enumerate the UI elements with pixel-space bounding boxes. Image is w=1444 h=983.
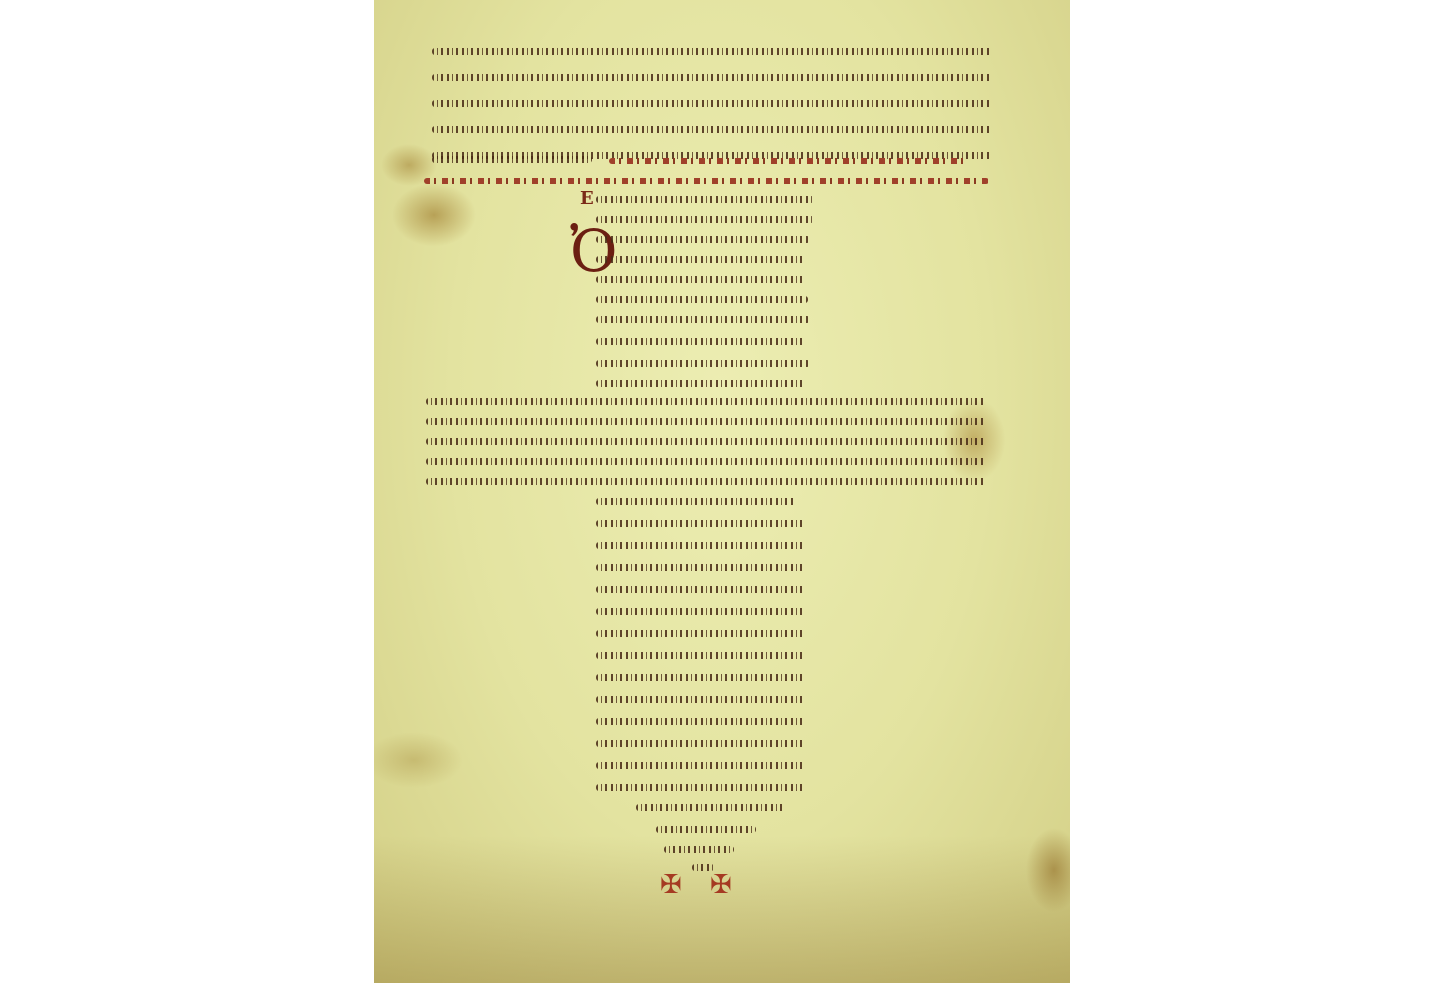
text-line [596, 312, 810, 326]
text-line [426, 414, 986, 428]
text-line [426, 434, 986, 448]
text-line [596, 376, 806, 390]
text-line [596, 626, 806, 640]
text-line [432, 70, 992, 84]
text-line [596, 736, 806, 750]
text-line [432, 122, 992, 136]
text-line [596, 692, 806, 706]
manuscript-page: Ε Ὀ ✠ ✠ [374, 0, 1070, 983]
text-line [596, 252, 806, 266]
ornamental-rule [424, 178, 989, 184]
text-line [636, 800, 786, 814]
text-line [596, 714, 806, 728]
text-line [596, 334, 806, 348]
text-line [596, 648, 806, 662]
text-line [432, 44, 992, 58]
text-line [596, 192, 814, 206]
text-line [656, 822, 756, 836]
text-line [596, 670, 806, 684]
text-line [596, 560, 806, 574]
text-line [596, 780, 806, 794]
text-line [596, 758, 806, 772]
text-line [426, 394, 986, 408]
text-line [596, 604, 806, 618]
text-line [596, 212, 814, 226]
end-ornament: ✠ ✠ [660, 870, 742, 900]
text-line [432, 152, 592, 166]
text-line [426, 474, 986, 488]
text-line [596, 232, 810, 246]
text-line [426, 454, 986, 468]
text-line [596, 272, 806, 286]
text-line [596, 516, 806, 530]
initial-letter: Ε [580, 188, 594, 209]
text-line [596, 356, 810, 370]
text-line [432, 96, 992, 110]
text-line [596, 292, 808, 306]
text-line [596, 582, 806, 596]
ornamental-rule [609, 158, 969, 164]
text-line [596, 538, 806, 552]
text-line [664, 842, 734, 856]
text-line [596, 494, 796, 508]
